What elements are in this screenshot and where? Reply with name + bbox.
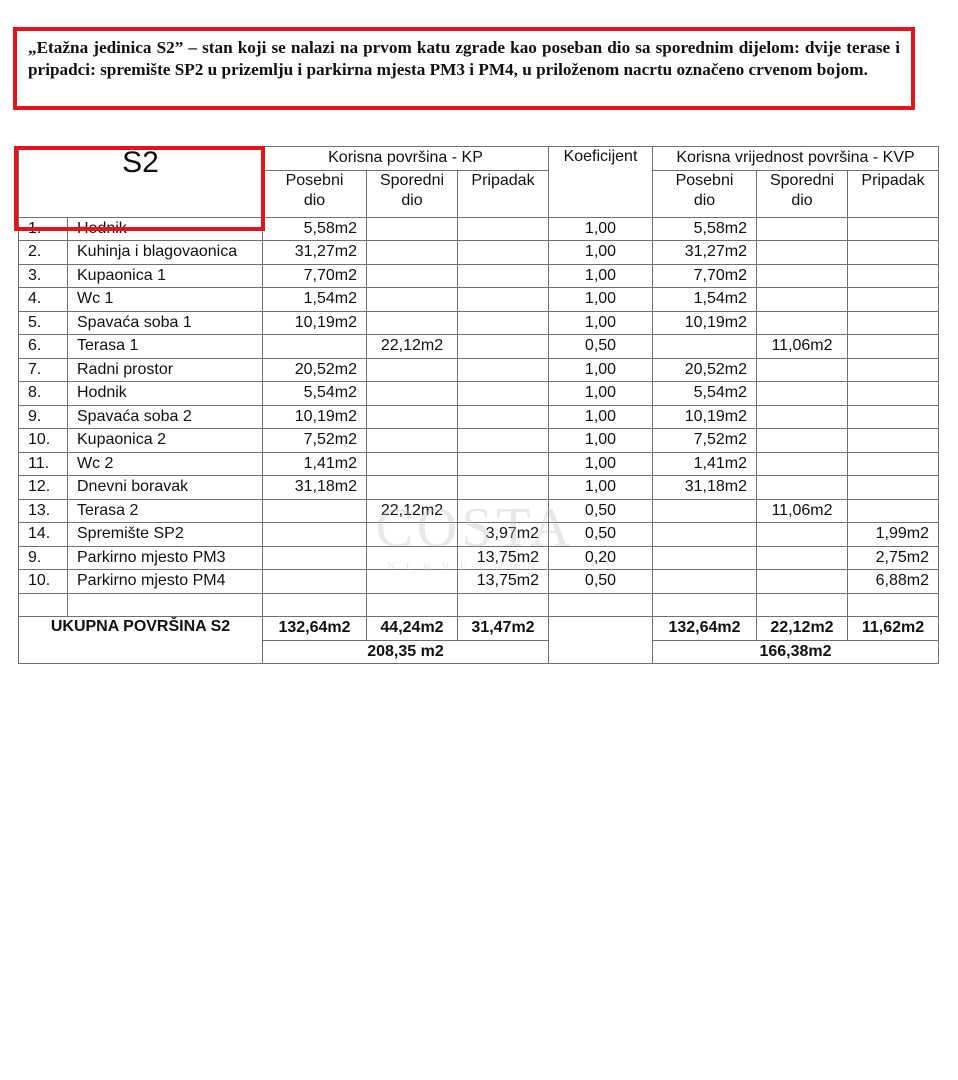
kp-sporedni-header: Sporednidio: [367, 170, 458, 217]
row-number-cell: 2.: [19, 241, 68, 265]
kp-posebni-cell: 7,70m2: [263, 264, 367, 288]
unit-label: S2: [19, 147, 263, 218]
room-name-cell: Radni prostor: [68, 358, 263, 382]
table-row: 10.Parkirno mjesto PM413,75m20,506,88m2: [19, 570, 939, 594]
totals-row: UKUPNA POVRŠINA S2132,64m244,24m231,47m2…: [19, 617, 939, 641]
row-number-cell: 10.: [19, 570, 68, 594]
kvp-posebni-cell: 5,58m2: [653, 217, 757, 241]
kvp-posebni-cell: 31,27m2: [653, 241, 757, 265]
kvp-pripadak-cell: [848, 264, 939, 288]
row-number-cell: 4.: [19, 288, 68, 312]
table-row: 12.Dnevni boravak31,18m21,0031,18m2: [19, 476, 939, 500]
kp-sporedni-cell: 22,12m2: [367, 499, 458, 523]
kvp-posebni-cell: [653, 523, 757, 547]
kp-pripadak-cell: 13,75m2: [458, 546, 549, 570]
kvp-posebni-cell: 1,41m2: [653, 452, 757, 476]
kvp-posebni-cell: [653, 593, 757, 617]
kp-pripadak-cell: [458, 429, 549, 453]
kvp-sporedni-cell: [757, 288, 848, 312]
coefficient-cell: 1,00: [549, 217, 653, 241]
kp-posebni-cell: 1,41m2: [263, 452, 367, 476]
coefficient-cell: 1,00: [549, 405, 653, 429]
kp-posebni-cell: 31,18m2: [263, 476, 367, 500]
row-number-cell: 10.: [19, 429, 68, 453]
row-number-cell: 5.: [19, 311, 68, 335]
room-name-cell: Terasa 1: [68, 335, 263, 359]
kvp-sporedni-cell: [757, 382, 848, 406]
kp-sporedni-cell: [367, 523, 458, 547]
kvp-sporedni-header: Sporednidio: [757, 170, 848, 217]
kvp-pripadak-cell: [848, 288, 939, 312]
kp-sporedni-cell: [367, 570, 458, 594]
kvp-posebni-cell: [653, 546, 757, 570]
row-number-cell: [19, 593, 68, 617]
row-number-cell: 13.: [19, 499, 68, 523]
kvp-posebni-cell: [653, 335, 757, 359]
kp-posebni-cell: 5,54m2: [263, 382, 367, 406]
table-row: 10.Kupaonica 27,52m21,007,52m2: [19, 429, 939, 453]
kvp-sporedni-cell: [757, 358, 848, 382]
table-row: 8.Hodnik5,54m21,005,54m2: [19, 382, 939, 406]
kvp-posebni-cell: 1,54m2: [653, 288, 757, 312]
kvp-pripadak-cell: [848, 476, 939, 500]
kp-posebni-cell: [263, 499, 367, 523]
row-number-cell: 12.: [19, 476, 68, 500]
kvp-posebni-cell: 10,19m2: [653, 311, 757, 335]
kvp-sporedni-cell: [757, 476, 848, 500]
kp-posebni-cell: [263, 546, 367, 570]
kp-posebni-cell: 10,19m2: [263, 311, 367, 335]
kvp-pripadak-cell: [848, 217, 939, 241]
kvp-sporedni-cell: [757, 405, 848, 429]
table-row: [19, 593, 939, 617]
kvp-sporedni-cell: [757, 264, 848, 288]
row-number-cell: 9.: [19, 405, 68, 429]
kvp-pripadak-cell: [848, 358, 939, 382]
row-number-cell: 3.: [19, 264, 68, 288]
kp-posebni-header: Posebnidio: [263, 170, 367, 217]
row-number-cell: 1.: [19, 217, 68, 241]
kvp-posebni-cell: 31,18m2: [653, 476, 757, 500]
kp-pripadak-cell: [458, 382, 549, 406]
table-row: 9.Spavaća soba 210,19m21,0010,19m2: [19, 405, 939, 429]
kvp-sporedni-cell: [757, 570, 848, 594]
room-name-cell: Dnevni boravak: [68, 476, 263, 500]
kp-pripadak-cell: [458, 405, 549, 429]
kvp-pripadak-header: Pripadak: [848, 170, 939, 217]
kp-pripadak-cell: [458, 593, 549, 617]
kp-pripadak-cell: 13,75m2: [458, 570, 549, 594]
kvp-sporedni-cell: [757, 452, 848, 476]
kvp-pripadak-cell: [848, 499, 939, 523]
row-number-cell: 7.: [19, 358, 68, 382]
kp-sporedni-cell: [367, 358, 458, 382]
totals-label: UKUPNA POVRŠINA S2: [19, 617, 263, 664]
kp-sporedni-cell: [367, 405, 458, 429]
kvp-pripadak-cell: 6,88m2: [848, 570, 939, 594]
grand-total-kvp: 166,38m2: [653, 640, 939, 664]
table-row: 4.Wc 11,54m21,001,54m2: [19, 288, 939, 312]
table-row: 7.Radni prostor20,52m21,0020,52m2: [19, 358, 939, 382]
kp-pripadak-cell: [458, 264, 549, 288]
room-name-cell: Kuhinja i blagovaonica: [68, 241, 263, 265]
kvp-pripadak-cell: 2,75m2: [848, 546, 939, 570]
kp-posebni-cell: 10,19m2: [263, 405, 367, 429]
room-name-cell: Kupaonica 1: [68, 264, 263, 288]
room-name-cell: Wc 2: [68, 452, 263, 476]
coefficient-cell: 1,00: [549, 264, 653, 288]
room-name-cell: [68, 593, 263, 617]
coefficient-cell: 0,20: [549, 546, 653, 570]
kp-posebni-cell: 31,27m2: [263, 241, 367, 265]
kp-sporedni-cell: [367, 382, 458, 406]
table-row: 9.Parkirno mjesto PM313,75m20,202,75m2: [19, 546, 939, 570]
kvp-sporedni-cell: 11,06m2: [757, 499, 848, 523]
coefficient-cell: 0,50: [549, 570, 653, 594]
kvp-pripadak-cell: [848, 429, 939, 453]
kp-sporedni-cell: [367, 546, 458, 570]
coefficient-cell: 1,00: [549, 311, 653, 335]
coefficient-cell: 0,50: [549, 499, 653, 523]
totals-kp-pripadak: 31,47m2: [458, 617, 549, 641]
kp-posebni-cell: [263, 570, 367, 594]
kp-pripadak-cell: [458, 358, 549, 382]
room-name-cell: Parkirno mjesto PM4: [68, 570, 263, 594]
kp-header: Korisna površina - KP: [263, 147, 549, 171]
kvp-posebni-cell: 7,52m2: [653, 429, 757, 453]
table-row: 3.Kupaonica 17,70m21,007,70m2: [19, 264, 939, 288]
kvp-pripadak-cell: 1,99m2: [848, 523, 939, 547]
intro-description-box: „Etažna jedinica S2” – stan koji se nala…: [13, 27, 915, 110]
kvp-posebni-cell: [653, 499, 757, 523]
kp-pripadak-cell: [458, 335, 549, 359]
kp-pripadak-cell: [458, 241, 549, 265]
kvp-posebni-cell: 10,19m2: [653, 405, 757, 429]
kvp-sporedni-cell: 11,06m2: [757, 335, 848, 359]
koef-header: Koeficijent: [549, 147, 653, 218]
kvp-pripadak-cell: [848, 311, 939, 335]
kp-pripadak-cell: [458, 476, 549, 500]
row-number-cell: 14.: [19, 523, 68, 547]
kvp-posebni-cell: 20,52m2: [653, 358, 757, 382]
coefficient-cell: 1,00: [549, 288, 653, 312]
room-name-cell: Kupaonica 2: [68, 429, 263, 453]
totals-koef-empty: [549, 617, 653, 664]
room-name-cell: Spavaća soba 1: [68, 311, 263, 335]
table-row: 13.Terasa 222,12m20,5011,06m2: [19, 499, 939, 523]
kvp-pripadak-cell: [848, 452, 939, 476]
kvp-sporedni-cell: [757, 217, 848, 241]
table-row: 2.Kuhinja i blagovaonica31,27m21,0031,27…: [19, 241, 939, 265]
kp-sporedni-cell: [367, 241, 458, 265]
kp-sporedni-cell: [367, 429, 458, 453]
kvp-sporedni-cell: [757, 429, 848, 453]
kp-sporedni-cell: [367, 593, 458, 617]
table-row: 5.Spavaća soba 110,19m21,0010,19m2: [19, 311, 939, 335]
row-number-cell: 11.: [19, 452, 68, 476]
kp-posebni-cell: [263, 335, 367, 359]
kp-posebni-cell: 5,58m2: [263, 217, 367, 241]
kp-sporedni-cell: [367, 288, 458, 312]
room-name-cell: Hodnik: [68, 382, 263, 406]
table-row: 14.Spremište SP23,97m20,501,99m2: [19, 523, 939, 547]
coefficient-cell: 1,00: [549, 382, 653, 406]
kp-sporedni-cell: [367, 452, 458, 476]
kp-pripadak-cell: [458, 452, 549, 476]
kp-pripadak-cell: [458, 499, 549, 523]
kvp-header: Korisna vrijednost površina - KVP: [653, 147, 939, 171]
kp-posebni-cell: 1,54m2: [263, 288, 367, 312]
kp-sporedni-cell: [367, 264, 458, 288]
kvp-posebni-cell: 5,54m2: [653, 382, 757, 406]
kp-sporedni-cell: [367, 476, 458, 500]
kp-sporedni-cell: [367, 217, 458, 241]
room-name-cell: Parkirno mjesto PM3: [68, 546, 263, 570]
kp-sporedni-cell: [367, 311, 458, 335]
totals-kvp-sporedni: 22,12m2: [757, 617, 848, 641]
room-name-cell: Hodnik: [68, 217, 263, 241]
kvp-sporedni-cell: [757, 523, 848, 547]
kp-posebni-cell: [263, 523, 367, 547]
kp-pripadak-cell: [458, 311, 549, 335]
kp-pripadak-cell: [458, 288, 549, 312]
row-number-cell: 6.: [19, 335, 68, 359]
coefficient-cell: 1,00: [549, 358, 653, 382]
kvp-sporedni-cell: [757, 593, 848, 617]
kp-pripadak-cell: [458, 217, 549, 241]
table-row: 1.Hodnik5,58m21,005,58m2: [19, 217, 939, 241]
kvp-pripadak-cell: [848, 593, 939, 617]
totals-kvp-pripadak: 11,62m2: [848, 617, 939, 641]
coefficient-cell: 1,00: [549, 429, 653, 453]
table-row: 6.Terasa 122,12m20,5011,06m2: [19, 335, 939, 359]
kp-posebni-cell: 7,52m2: [263, 429, 367, 453]
kp-pripadak-header: Pripadak: [458, 170, 549, 217]
coefficient-cell: 1,00: [549, 476, 653, 500]
kvp-pripadak-cell: [848, 405, 939, 429]
grand-total-kp: 208,35 m2: [263, 640, 549, 664]
coefficient-cell: 1,00: [549, 452, 653, 476]
intro-text: „Etažna jedinica S2” – stan koji se nala…: [28, 37, 900, 80]
kp-posebni-cell: 20,52m2: [263, 358, 367, 382]
room-name-cell: Terasa 2: [68, 499, 263, 523]
header-row-1: S2 Korisna površina - KP Koeficijent Kor…: [19, 147, 939, 171]
kvp-posebni-cell: [653, 570, 757, 594]
kvp-pripadak-cell: [848, 382, 939, 406]
kvp-posebni-header: Posebnidio: [653, 170, 757, 217]
kp-posebni-cell: [263, 593, 367, 617]
totals-kvp-posebni: 132,64m2: [653, 617, 757, 641]
room-name-cell: Spavaća soba 2: [68, 405, 263, 429]
kvp-sporedni-cell: [757, 546, 848, 570]
room-name-cell: Wc 1: [68, 288, 263, 312]
totals-kp-sporedni: 44,24m2: [367, 617, 458, 641]
coefficient-cell: 0,50: [549, 335, 653, 359]
room-name-cell: Spremište SP2: [68, 523, 263, 547]
table-row: 11.Wc 21,41m21,001,41m2: [19, 452, 939, 476]
totals-kp-posebni: 132,64m2: [263, 617, 367, 641]
coefficient-cell: 1,00: [549, 241, 653, 265]
kvp-sporedni-cell: [757, 311, 848, 335]
row-number-cell: 9.: [19, 546, 68, 570]
coefficient-cell: 0,50: [549, 523, 653, 547]
area-table: S2 Korisna površina - KP Koeficijent Kor…: [18, 146, 939, 664]
row-number-cell: 8.: [19, 382, 68, 406]
coefficient-cell: [549, 593, 653, 617]
kp-sporedni-cell: 22,12m2: [367, 335, 458, 359]
kvp-sporedni-cell: [757, 241, 848, 265]
kvp-posebni-cell: 7,70m2: [653, 264, 757, 288]
kvp-pripadak-cell: [848, 241, 939, 265]
kvp-pripadak-cell: [848, 335, 939, 359]
kp-pripadak-cell: 3,97m2: [458, 523, 549, 547]
